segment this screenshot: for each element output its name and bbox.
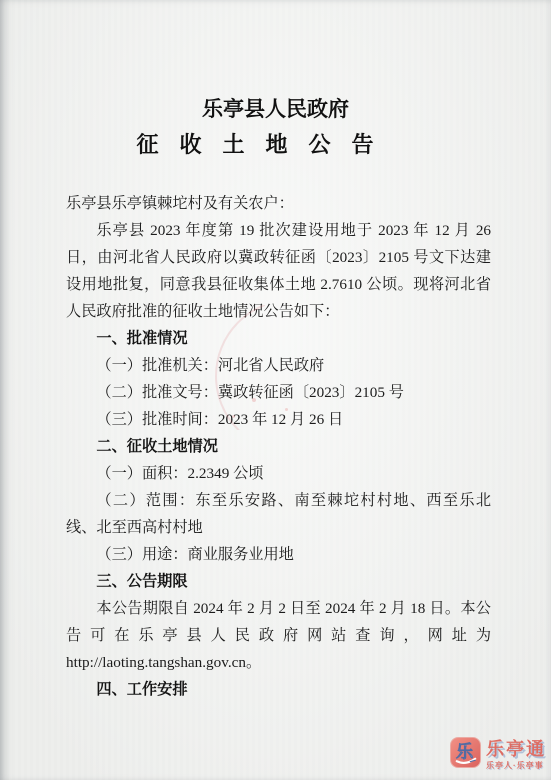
section-heading-approval: 一、批准情况 (66, 325, 491, 352)
intro-paragraph: 乐亭县 2023 年度第 19 批次建设用地于 2023 年 12 月 26 日… (66, 217, 491, 325)
land-use-line: （三）用途：商业服务业用地 (66, 541, 491, 568)
letingtong-logo-text: 乐亭通 (486, 740, 546, 759)
letingtong-watermark: 乐 乐亭通 乐亭人·乐亭事 (450, 737, 546, 773)
document-body: 乐亭县乐亭镇棘坨村及有关农户： 乐亭县 2023 年度第 19 批次建设用地于 … (66, 190, 491, 703)
notice-period-paragraph: 本公告期限自 2024 年 2 月 2 日至 2024 年 2 月 18 日。本… (66, 595, 491, 676)
section-heading-work-arrangement: 四、工作安排 (66, 676, 491, 703)
letingtong-app-icon: 乐 (450, 737, 481, 773)
land-scope-line: （二）范围：东至乐安路、南至棘坨村村地、西至乐北线、北至西高村村地 (66, 487, 491, 541)
section-heading-notice-period: 三、公告期限 (66, 568, 491, 595)
land-area-line: （一）面积：2.2349 公顷 (66, 460, 491, 487)
document-page: 乐亭县人民政府 征收土地公告 乐亭县乐亭镇棘坨村及有关农户： 乐亭县 2023 … (0, 0, 551, 780)
letingtong-logo-texts: 乐亭通 乐亭人·乐亭事 (486, 740, 546, 770)
document-org-title: 乐亭县人民政府 (0, 0, 551, 123)
document-title: 征收土地公告 (0, 130, 541, 160)
approval-authority-line: （一）批准机关：河北省人民政府 (66, 352, 491, 379)
section-heading-land: 二、征收土地情况 (66, 433, 491, 460)
letingtong-logo-subtext: 乐亭人·乐亭事 (486, 761, 544, 770)
approval-date-line: （三）批准时间：2023 年 12 月 26 日 (66, 406, 491, 433)
approval-doc-number-line: （二）批准文号：冀政转征函〔2023〕2105 号 (66, 379, 491, 406)
icon-character: 乐 (456, 741, 474, 761)
salutation: 乐亭县乐亭镇棘坨村及有关农户： (66, 190, 491, 217)
